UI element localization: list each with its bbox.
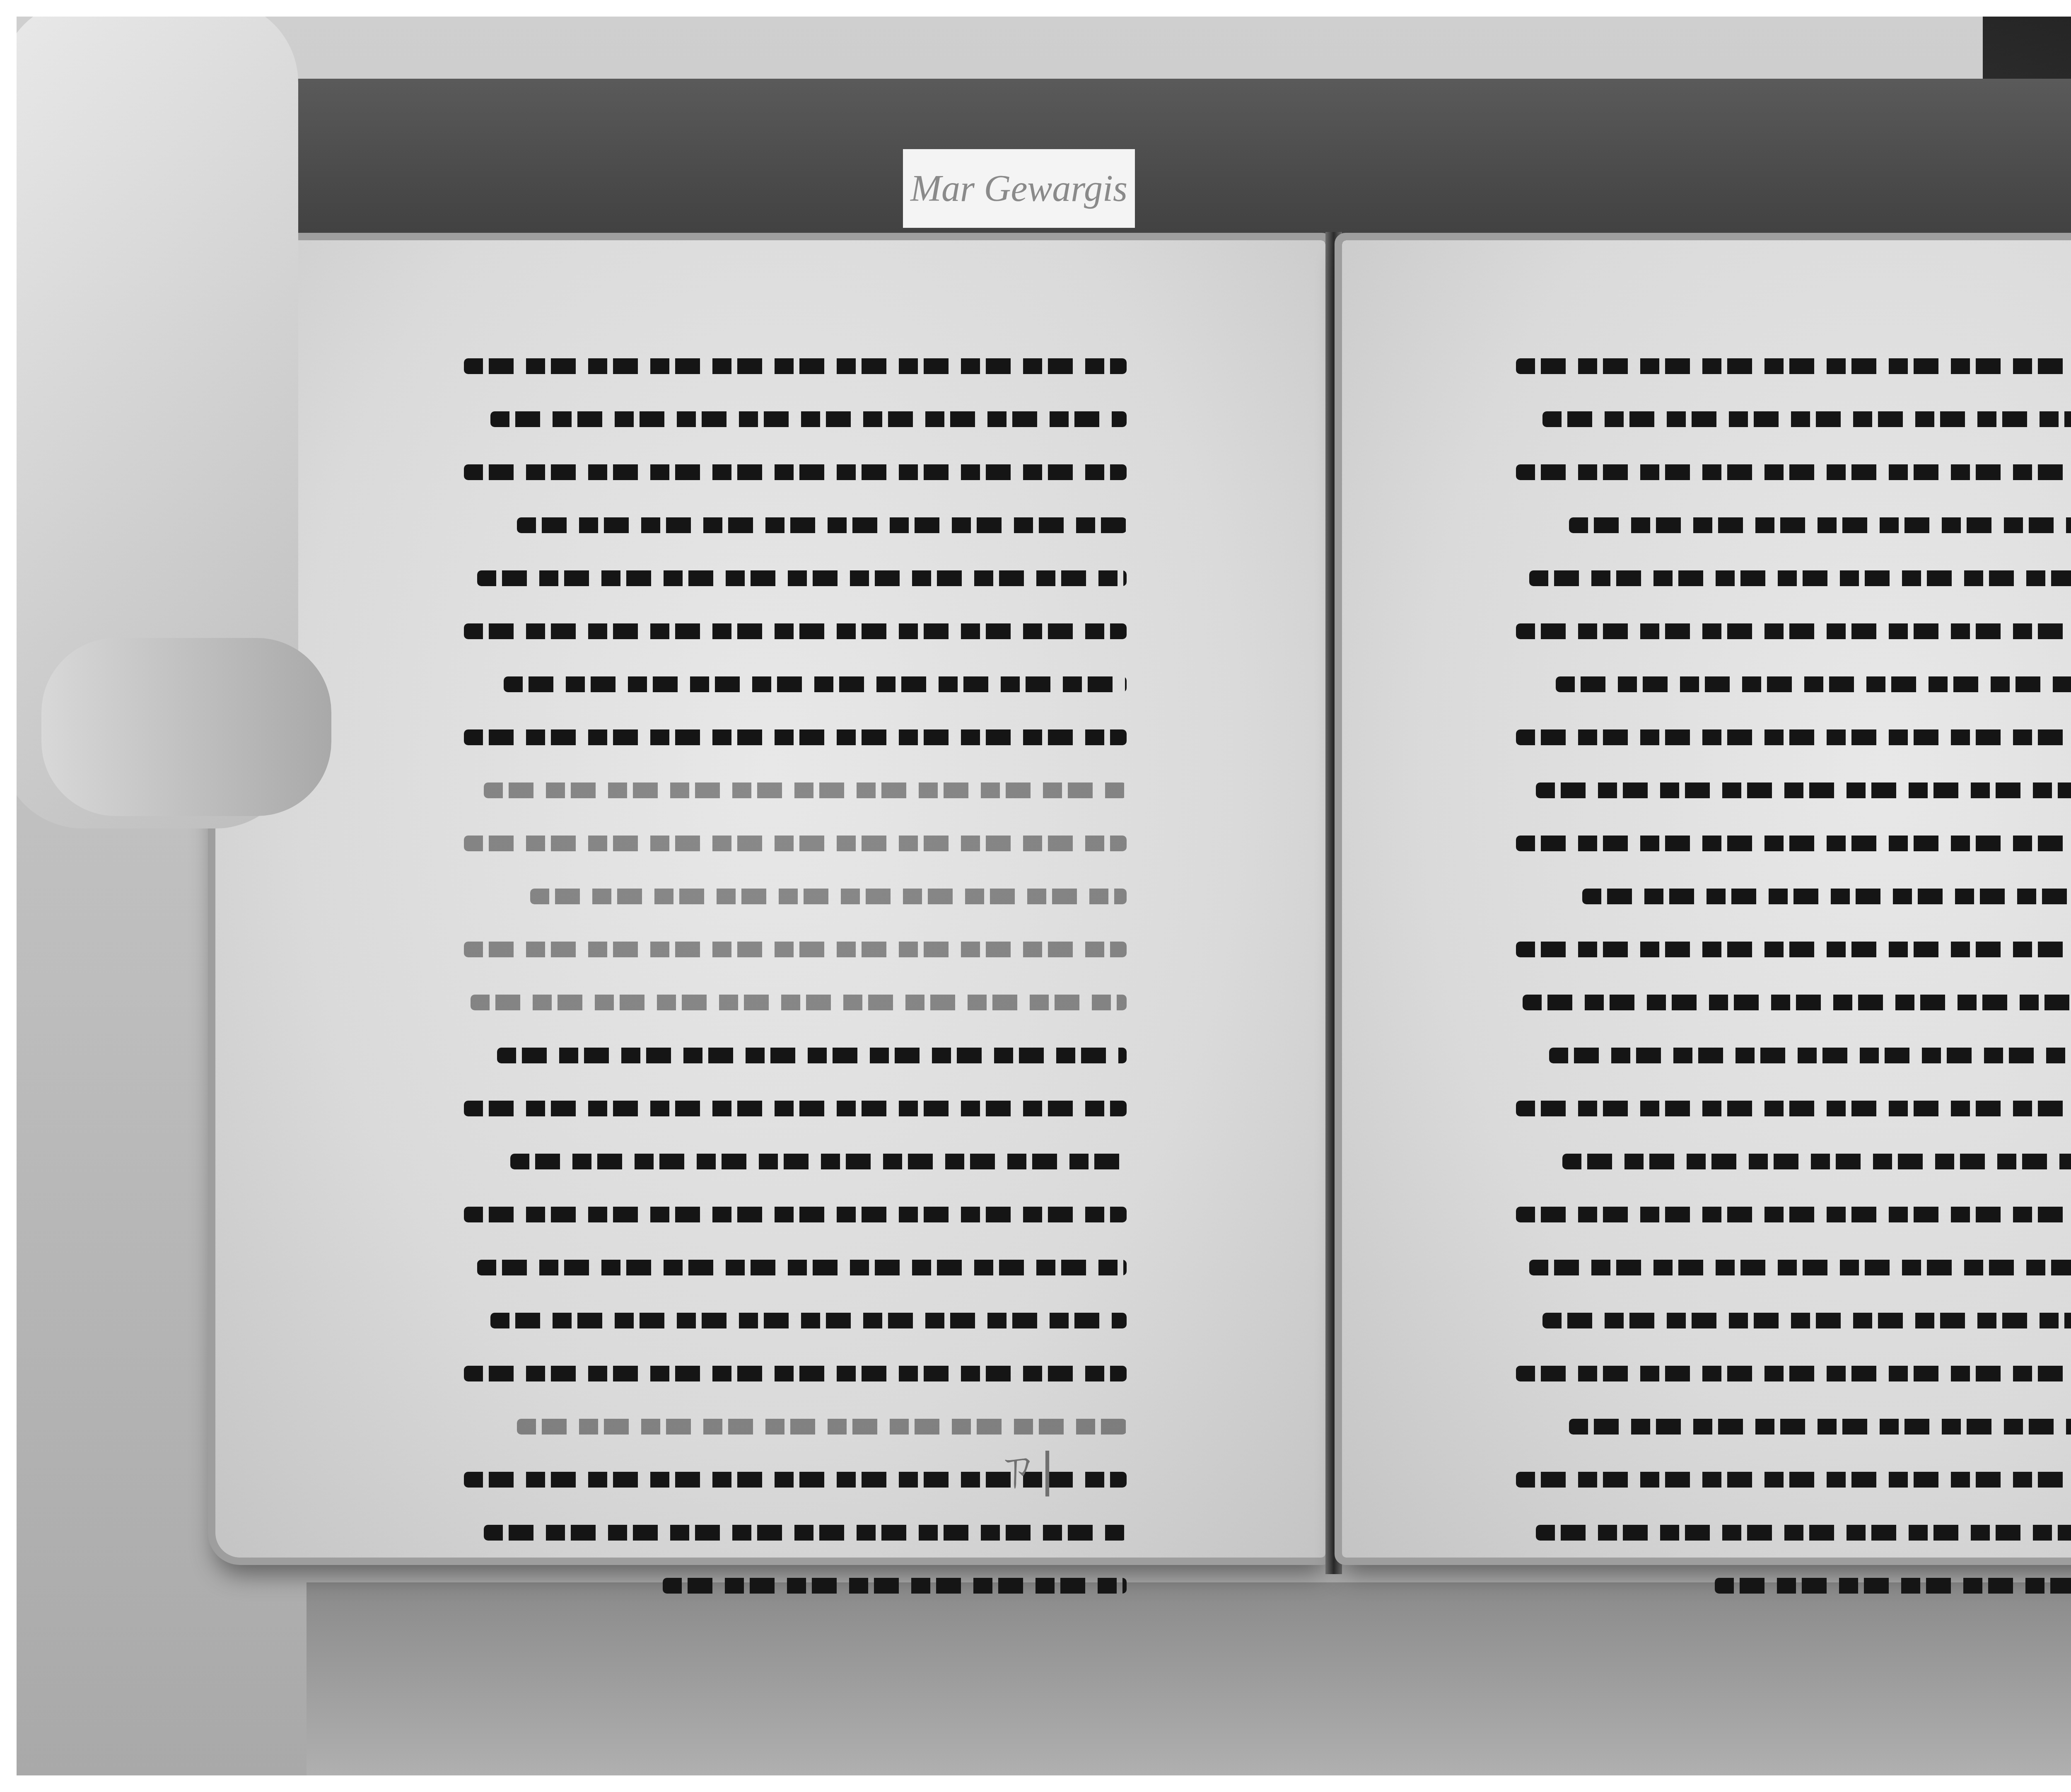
text-line <box>1516 1294 2071 1347</box>
open-manuscript: ㄗ| \V <box>191 215 2071 1603</box>
text-line <box>464 976 1127 1029</box>
book-gutter <box>1325 232 1342 1574</box>
text-line <box>464 1135 1127 1188</box>
text-line <box>1516 1082 2071 1135</box>
text-line <box>464 923 1127 976</box>
text-line <box>464 393 1127 446</box>
syriac-script <box>497 1048 1127 1063</box>
text-line <box>1516 1400 2071 1453</box>
text-line <box>1516 711 2071 764</box>
syriac-script <box>1516 464 2071 480</box>
syriac-script <box>530 889 1127 904</box>
syriac-script <box>484 782 1127 798</box>
text-line <box>464 499 1127 552</box>
text-line <box>1516 552 2071 605</box>
syriac-script <box>471 995 1127 1010</box>
syriac-script <box>490 1313 1127 1328</box>
text-line <box>464 1241 1127 1294</box>
syriac-script <box>1516 1101 2071 1116</box>
syriac-script <box>517 517 1127 533</box>
syriac-script <box>1536 782 2071 798</box>
syriac-script <box>464 358 1127 374</box>
syriac-script <box>1542 411 2071 427</box>
syriac-script <box>490 411 1127 427</box>
text-line <box>1516 764 2071 817</box>
text-line <box>1516 1135 2071 1188</box>
syriac-script <box>1569 517 2071 533</box>
syriac-script <box>464 942 1127 957</box>
syriac-script <box>1529 570 2071 586</box>
syriac-script <box>1516 729 2071 745</box>
syriac-script <box>1562 1154 2071 1169</box>
text-line <box>464 1559 1127 1612</box>
text-line <box>464 1506 1127 1559</box>
syriac-script <box>1529 1260 2071 1275</box>
text-line <box>464 1294 1127 1347</box>
text-line <box>1516 340 2071 393</box>
syriac-script <box>1516 1472 2071 1488</box>
syriac-script <box>1536 1525 2071 1541</box>
syriac-script <box>1542 1313 2071 1328</box>
text-line <box>1516 1559 2071 1612</box>
left-thumb <box>41 638 331 816</box>
text-line <box>464 1347 1127 1400</box>
text-line <box>464 711 1127 764</box>
syriac-script <box>464 729 1127 745</box>
text-line <box>1516 870 2071 923</box>
text-line <box>1516 1241 2071 1294</box>
left-page-text <box>464 340 1127 1612</box>
text-line <box>1516 1029 2071 1082</box>
text-line <box>1516 658 2071 711</box>
text-line <box>1516 976 2071 1029</box>
text-line <box>464 1082 1127 1135</box>
text-line <box>1516 1453 2071 1506</box>
photograph: Mar Gewargis ㄗ| \V <box>17 17 2071 1775</box>
text-line <box>1516 393 2071 446</box>
syriac-script <box>1516 1366 2071 1381</box>
text-line <box>464 817 1127 870</box>
syriac-script <box>1516 836 2071 851</box>
syriac-script <box>484 1525 1127 1541</box>
syriac-script <box>517 1419 1127 1435</box>
syriac-script <box>510 1154 1127 1169</box>
label-text: Mar Gewargis <box>910 167 1127 210</box>
syriac-script <box>1516 942 2071 957</box>
text-line <box>1516 1506 2071 1559</box>
right-page-text <box>1516 340 2071 1612</box>
syriac-script <box>1582 889 2071 904</box>
left-page: ㄗ| <box>215 240 1325 1558</box>
text-line <box>1516 446 2071 499</box>
syriac-script <box>663 1578 1127 1594</box>
syriac-script <box>1569 1419 2071 1435</box>
syriac-script <box>1516 358 2071 374</box>
text-line <box>1516 605 2071 658</box>
text-line <box>1516 817 2071 870</box>
right-page: \V <box>1342 240 2071 1558</box>
text-line <box>464 1188 1127 1241</box>
text-line <box>1516 499 2071 552</box>
text-line <box>464 605 1127 658</box>
syriac-script <box>464 464 1127 480</box>
text-line <box>1516 1347 2071 1400</box>
syriac-script <box>464 836 1127 851</box>
syriac-script <box>504 676 1127 692</box>
syriac-script <box>1556 676 2071 692</box>
left-folio-mark: ㄗ| <box>994 1433 1055 1499</box>
text-line <box>464 446 1127 499</box>
text-line <box>464 658 1127 711</box>
text-line <box>464 764 1127 817</box>
text-line <box>464 552 1127 605</box>
syriac-script <box>1715 1578 2071 1594</box>
syriac-script <box>464 623 1127 639</box>
text-line <box>1516 923 2071 976</box>
syriac-script <box>464 1101 1127 1116</box>
syriac-script <box>464 1366 1127 1381</box>
text-line <box>464 870 1127 923</box>
text-line <box>464 340 1127 393</box>
syriac-script <box>1516 1207 2071 1222</box>
syriac-script <box>477 1260 1127 1275</box>
syriac-script <box>464 1207 1127 1222</box>
syriac-script <box>1516 623 2071 639</box>
syriac-script <box>1549 1048 2071 1063</box>
syriac-script <box>1523 995 2071 1010</box>
text-line <box>1516 1188 2071 1241</box>
syriac-script <box>477 570 1127 586</box>
text-line <box>464 1029 1127 1082</box>
